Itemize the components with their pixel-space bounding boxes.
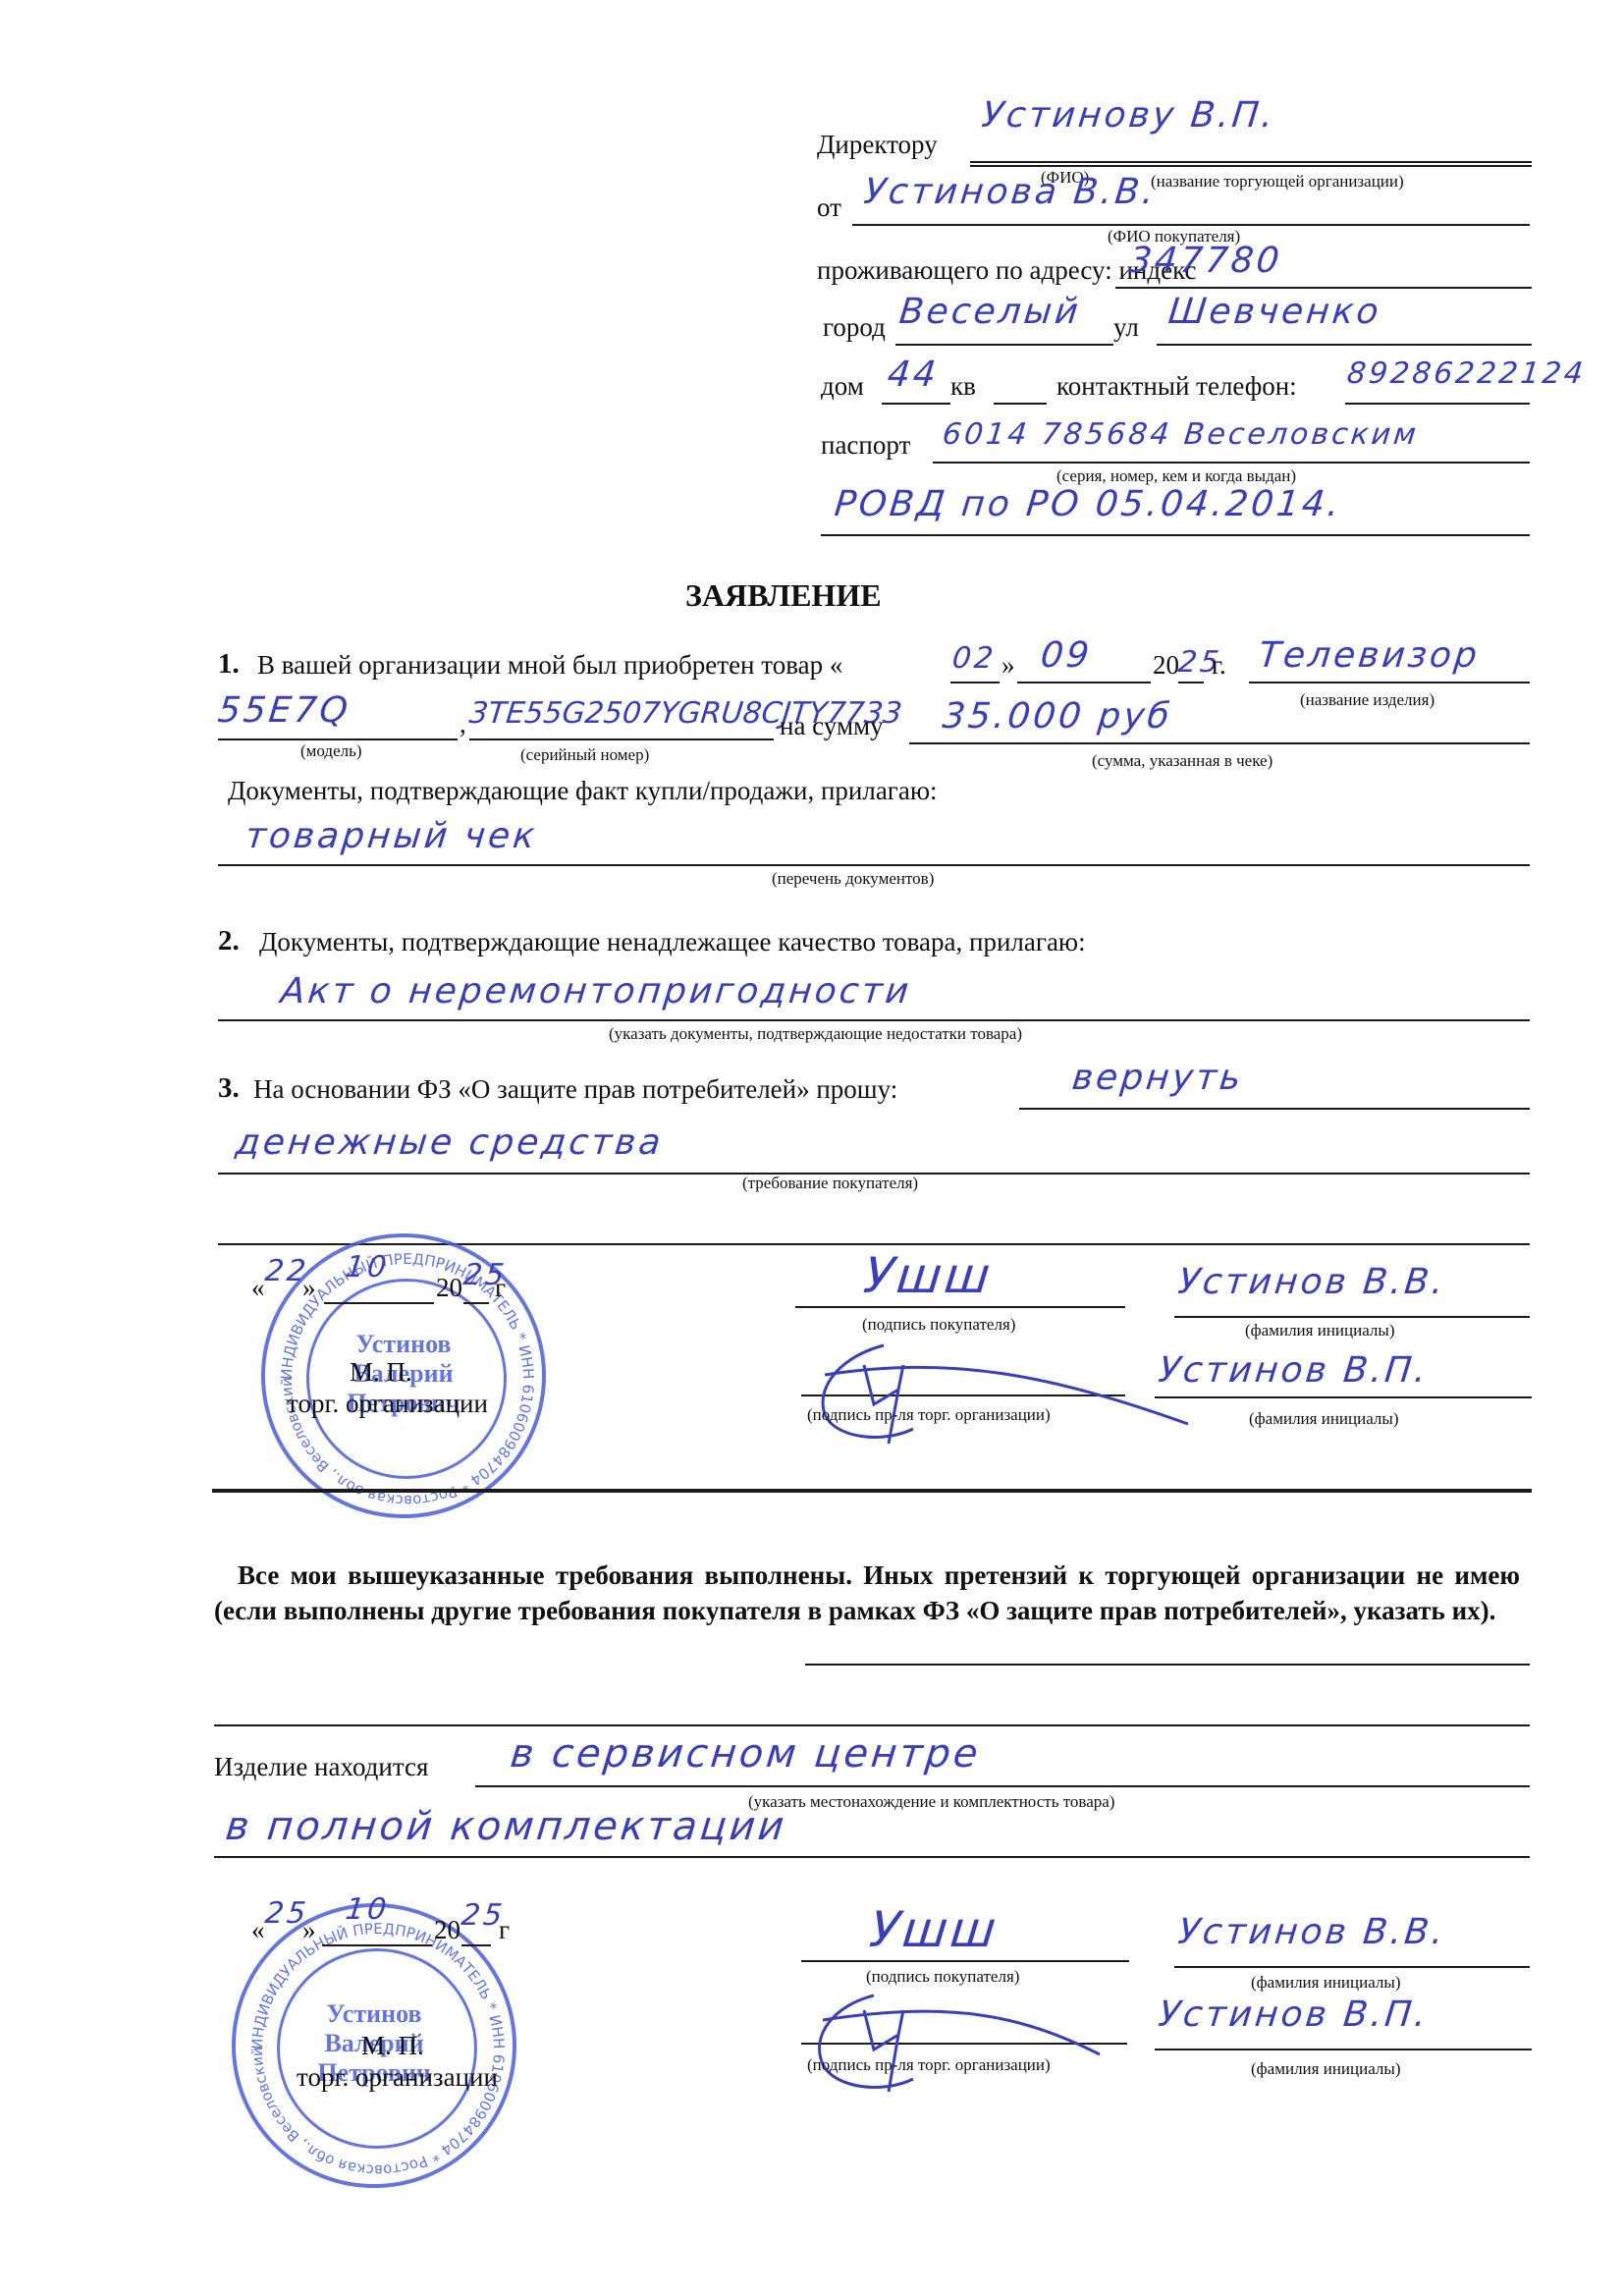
- phone-field-line: [1345, 403, 1530, 405]
- phone-field[interactable]: 89286222124: [1345, 359, 1587, 389]
- city-field-line: [895, 344, 1113, 346]
- item-location-label: Изделие находится: [214, 1754, 428, 1780]
- sign-month-line: [324, 1302, 434, 1304]
- sum-field-line: [909, 742, 1530, 744]
- from-field[interactable]: Устинова В.В.: [862, 175, 1158, 210]
- model-field[interactable]: 55E7Q: [216, 693, 352, 729]
- index-field-line: [1115, 287, 1532, 289]
- year-label-2: г: [499, 1917, 510, 1943]
- sign-month-line-2: [322, 1944, 432, 1946]
- phone-label: контактный телефон:: [1056, 373, 1297, 400]
- caption-org: (название торгующей организации): [1151, 173, 1404, 190]
- city-field[interactable]: Веселый: [897, 295, 1082, 330]
- passport-field-1[interactable]: 6014 785684 Веселовским: [941, 420, 1420, 450]
- product-field[interactable]: Телевизор: [1257, 638, 1482, 674]
- stamp-place-label-2: М. П.: [361, 2033, 424, 2059]
- purchase-year-line: [1178, 682, 1204, 683]
- closing-statement: Все мои вышеуказанные требования выполне…: [214, 1558, 1520, 1629]
- passport-field-line-2: [821, 534, 1530, 536]
- year-label-1: г: [495, 1275, 506, 1301]
- stamp-org-label-2: торг. организации: [297, 2064, 498, 2091]
- passport-label: паспорт: [821, 432, 910, 459]
- caption-buyer-signature: (подпись покупателя): [862, 1316, 1015, 1333]
- house-field-line: [882, 403, 950, 405]
- page-title: ЗАЯВЛЕНИЕ: [685, 577, 882, 614]
- year-label: г.: [1212, 652, 1226, 679]
- buyer-signature-line: [795, 1306, 1125, 1308]
- caption-section-2: (указать документы, подтверждающие недос…: [609, 1025, 1022, 1042]
- section-3-field-line: [1019, 1108, 1530, 1110]
- closing-field-line-2: [214, 1724, 1530, 1726]
- section-3-number: 3.: [218, 1074, 240, 1103]
- buyer-name-field-2[interactable]: Устинов В.В.: [1176, 1915, 1447, 1950]
- section-2-number: 2.: [218, 927, 240, 956]
- quote-close: »: [1001, 652, 1015, 679]
- item-location-line-2: [214, 1856, 1530, 1858]
- caption-passport: (серия, номер, кем и когда выдан): [1056, 467, 1296, 484]
- comma: ,: [460, 711, 466, 738]
- director-field[interactable]: Устинову В.П.: [980, 98, 1277, 134]
- item-location-field-2[interactable]: в полной комплектации: [224, 1807, 788, 1846]
- section-divider: [212, 1489, 1532, 1493]
- purchase-day-field[interactable]: 02: [950, 644, 997, 674]
- street-field[interactable]: Шевченко: [1166, 295, 1382, 330]
- passport-field-line: [933, 462, 1530, 464]
- from-field-line: [852, 224, 1530, 226]
- model-field-line: [218, 738, 458, 740]
- caption-section-3: (требование покупателя): [742, 1175, 918, 1191]
- apt-field-line: [994, 403, 1047, 405]
- caption-buyer-signature-2: (подпись покупателя): [866, 1968, 1019, 1985]
- year-prefix: 20: [1153, 652, 1179, 679]
- seller-name-field-2[interactable]: Устинов В.П.: [1157, 1997, 1431, 2033]
- serial-field-line: [469, 738, 774, 740]
- buyer-name-line-2: [1174, 1966, 1530, 1968]
- buyer-signature-line-2: [801, 1960, 1129, 1962]
- sign-month-field[interactable]: 10: [344, 1253, 390, 1283]
- section-1-number: 1.: [218, 650, 240, 679]
- purchase-month-field[interactable]: 09: [1039, 638, 1094, 674]
- seller-name-line: [1155, 1396, 1532, 1398]
- index-field[interactable]: 347780: [1127, 244, 1283, 279]
- apt-label: кв: [950, 373, 976, 400]
- sum-field[interactable]: 35.000 руб: [941, 699, 1174, 735]
- buyer-name-line: [1174, 1316, 1530, 1318]
- buyer-signature[interactable]: Ушш: [861, 1251, 995, 1300]
- passport-field-2[interactable]: РОВД по РО 05.04.2014.: [833, 487, 1343, 522]
- house-label: дом: [821, 373, 864, 400]
- sign-year-line: [463, 1302, 489, 1304]
- seller-signature[interactable]: [805, 1336, 1218, 1453]
- section-2-field[interactable]: Акт о неремонтопригодности: [279, 974, 913, 1010]
- docs-field[interactable]: товарный чек: [244, 819, 539, 854]
- seller-signature-2[interactable]: [805, 1986, 1218, 2104]
- section-3-field-1[interactable]: вернуть: [1070, 1061, 1245, 1096]
- closing-field-line: [805, 1664, 1530, 1666]
- street-field-line: [1157, 344, 1532, 346]
- purchase-day-line: [950, 682, 1000, 683]
- sign-month-field-2[interactable]: 10: [344, 1895, 390, 1925]
- seller-name-line-2: [1155, 2049, 1532, 2050]
- caption-seller-name: (фамилия инициалы): [1249, 1410, 1398, 1427]
- purchase-month-line: [1017, 682, 1151, 683]
- date-close: »: [302, 1275, 316, 1301]
- street-label: ул: [1113, 314, 1139, 341]
- product-field-line: [1249, 682, 1530, 683]
- caption-docs: (перечень документов): [772, 870, 934, 887]
- item-location-field[interactable]: в сервисном центре: [509, 1734, 983, 1774]
- section-2-field-line: [218, 1019, 1530, 1021]
- caption-item-location: (указать местонахождение и комплектность…: [748, 1793, 1114, 1810]
- caption-sum: (сумма, указанная в чеке): [1092, 752, 1272, 769]
- sign-year-line-2: [461, 1944, 491, 1946]
- caption-seller-name-2: (фамилия инициалы): [1251, 2060, 1400, 2077]
- caption-serial: (серийный номер): [520, 746, 649, 763]
- city-label: город: [823, 314, 886, 341]
- stamp-org-label: торг. организации: [287, 1391, 488, 1417]
- section-3-text: На основании ФЗ «О защите прав потребите…: [253, 1076, 897, 1103]
- buyer-signature-2[interactable]: Ушш: [867, 1905, 1001, 1954]
- sum-label: на сумму: [780, 713, 884, 739]
- caption-model: (модель): [300, 742, 362, 759]
- docs-label: Документы, подтверждающие факт купли/про…: [228, 778, 938, 804]
- caption-product: (название изделия): [1300, 691, 1435, 708]
- director-field-line-2: [970, 165, 1532, 167]
- caption-buyer-name: (фамилия инициалы): [1245, 1322, 1394, 1339]
- year-prefix-1: 20: [436, 1275, 462, 1301]
- director-label: Директору: [817, 132, 938, 158]
- date-close-2: »: [302, 1917, 316, 1943]
- caption-buyer-name-2: (фамилия инициалы): [1251, 1974, 1400, 1991]
- item-location-line: [475, 1785, 1530, 1787]
- buyer-name-field[interactable]: Устинов В.В.: [1176, 1265, 1447, 1300]
- section-3-field-2[interactable]: денежные средства: [234, 1125, 665, 1161]
- seller-name-field[interactable]: Устинов В.П.: [1157, 1353, 1431, 1389]
- section-1-text: В вашей организации мной был приобретен …: [257, 652, 842, 679]
- stamp-place-label: М. П.: [350, 1359, 412, 1386]
- house-field[interactable]: 44: [886, 357, 941, 393]
- section-2-text: Документы, подтверждающие ненадлежащее к…: [259, 929, 1086, 956]
- caption-seller-signature-2: (подпись пр-ля торг. организации): [807, 2056, 1051, 2073]
- director-field-line: [970, 161, 1532, 163]
- docs-field-line: [218, 864, 1530, 866]
- from-label: от: [817, 194, 841, 221]
- year-prefix-2: 20: [434, 1917, 460, 1943]
- caption-seller-signature: (подпись пр-ля торг. организации): [807, 1406, 1051, 1423]
